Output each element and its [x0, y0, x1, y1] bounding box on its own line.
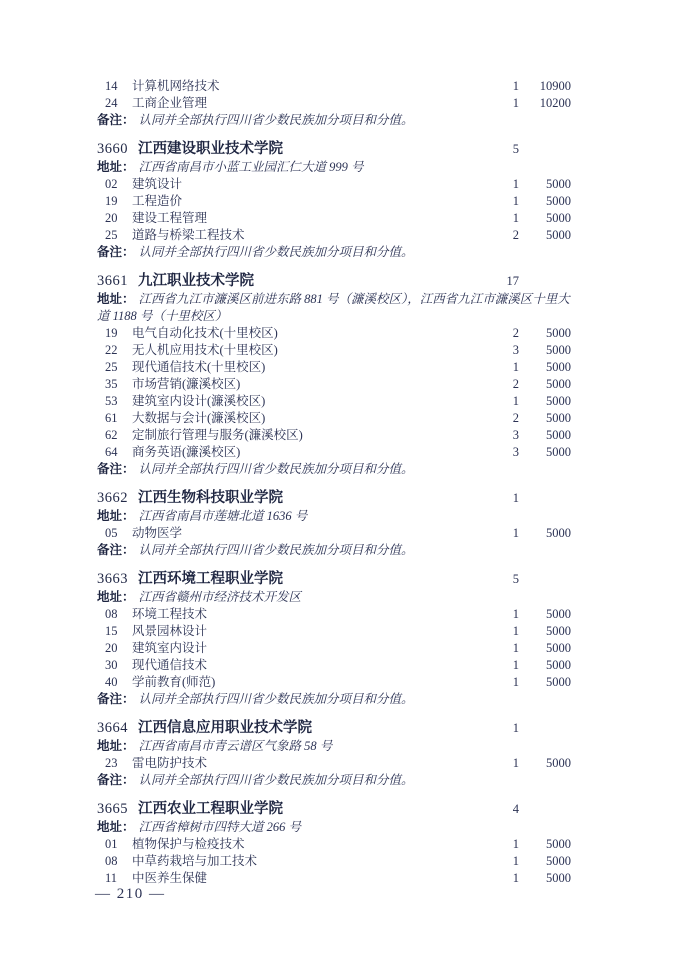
major-code: 22 [105, 342, 123, 359]
address-text: 江西省南昌市青云谱区气象路 58 号 [139, 739, 333, 753]
college-name: 九江职业技术学院 [138, 272, 489, 291]
major-name: 现代通信技术(十里校区) [123, 359, 489, 376]
college-list: 3660 江西建设职业技术学院 5 地址：江西省南昌市小蓝工业园汇仁大道 999… [97, 140, 571, 887]
major-code: 23 [105, 755, 123, 772]
note-text: 认同并全部执行四川省少数民族加分项目和分值。 [139, 113, 414, 127]
major-row: 25 道路与桥梁工程技术 2 5000 [97, 227, 571, 244]
note-label: 备注： [97, 462, 135, 476]
major-row: 30 现代通信技术 1 5000 [97, 657, 571, 674]
college-code: 3665 [97, 800, 128, 819]
address-label: 地址： [97, 820, 135, 834]
major-name: 电气自动化技术(十里校区) [123, 325, 489, 342]
major-fee: 10900 [519, 78, 571, 95]
major-row: 20 建筑室内设计 1 5000 [97, 640, 571, 657]
major-fee: 5000 [519, 870, 571, 887]
major-name: 工程造价 [123, 193, 489, 210]
major-fee: 5000 [519, 325, 571, 342]
major-code: 30 [105, 657, 123, 674]
major-fee: 5000 [519, 176, 571, 193]
major-code: 02 [105, 176, 123, 193]
major-rows: 01 植物保护与检疫技术 1 5000 08 中草药栽培与加工技术 1 5000… [97, 836, 571, 887]
address-text: 江西省九江市濂溪区前进东路 881 号（濂溪校区），江西省九江市濂溪区十里大道 … [97, 292, 570, 323]
major-fee: 5000 [519, 342, 571, 359]
college-name: 江西环境工程职业学院 [138, 570, 489, 589]
major-count: 3 [489, 427, 519, 444]
note-label: 备注： [97, 245, 135, 259]
major-row: 15 风景园林设计 1 5000 [97, 623, 571, 640]
major-code: 20 [105, 210, 123, 227]
college-note: 备注：认同并全部执行四川省少数民族加分项目和分值。 [97, 691, 571, 708]
page-content: 14 计算机网络技术 1 10900 24 工商企业管理 1 10200 备注：… [97, 78, 571, 887]
major-row: 19 电气自动化技术(十里校区) 2 5000 [97, 325, 571, 342]
major-code: 05 [105, 525, 123, 542]
college-section: 3663 江西环境工程职业学院 5 地址：江西省赣州市经济技术开发区 08 环境… [97, 570, 571, 708]
college-name: 江西生物科技职业学院 [138, 489, 489, 508]
major-code: 08 [105, 606, 123, 623]
college-header: 3665 江西农业工程职业学院 4 [97, 800, 571, 819]
major-rows: 08 环境工程技术 1 5000 15 风景园林设计 1 5000 20 建筑室… [97, 606, 571, 691]
note-text: 认同并全部执行四川省少数民族加分项目和分值。 [139, 773, 414, 787]
college-address: 地址：江西省赣州市经济技术开发区 [97, 589, 571, 606]
college-code: 3663 [97, 570, 128, 589]
college-section: 3661 九江职业技术学院 17 地址：江西省九江市濂溪区前进东路 881 号（… [97, 272, 571, 478]
major-count: 1 [489, 193, 519, 210]
college-note: 备注：认同并全部执行四川省少数民族加分项目和分值。 [97, 542, 571, 559]
major-name: 大数据与会计(濂溪校区) [123, 410, 489, 427]
note-text: 认同并全部执行四川省少数民族加分项目和分值。 [139, 543, 414, 557]
major-name: 建筑室内设计 [123, 640, 489, 657]
major-name: 市场营销(濂溪校区) [123, 376, 489, 393]
major-row: 20 建设工程管理 1 5000 [97, 210, 571, 227]
college-header: 3661 九江职业技术学院 17 [97, 272, 571, 291]
major-row: 62 定制旅行管理与服务(濂溪校区) 3 5000 [97, 427, 571, 444]
major-code: 15 [105, 623, 123, 640]
college-name: 江西信息应用职业技术学院 [138, 719, 489, 738]
college-total: 17 [489, 272, 519, 291]
major-fee: 5000 [519, 227, 571, 244]
note-text: 认同并全部执行四川省少数民族加分项目和分值。 [139, 692, 414, 706]
major-name: 建筑设计 [123, 176, 489, 193]
college-note: 备注：认同并全部执行四川省少数民族加分项目和分值。 [97, 772, 571, 789]
college-total: 1 [489, 489, 519, 508]
major-fee: 5000 [519, 674, 571, 691]
major-count: 1 [489, 755, 519, 772]
major-row: 61 大数据与会计(濂溪校区) 2 5000 [97, 410, 571, 427]
major-fee: 5000 [519, 623, 571, 640]
major-row: 22 无人机应用技术(十里校区) 3 5000 [97, 342, 571, 359]
college-address: 地址：江西省南昌市小蓝工业园汇仁大道 999 号 [97, 159, 571, 176]
major-fee: 5000 [519, 525, 571, 542]
major-count: 2 [489, 227, 519, 244]
major-name: 植物保护与检疫技术 [123, 836, 489, 853]
college-section: 3660 江西建设职业技术学院 5 地址：江西省南昌市小蓝工业园汇仁大道 999… [97, 140, 571, 261]
major-name: 风景园林设计 [123, 623, 489, 640]
major-code: 19 [105, 193, 123, 210]
major-name: 中草药栽培与加工技术 [123, 853, 489, 870]
major-code: 14 [105, 78, 123, 95]
college-code: 3660 [97, 140, 128, 159]
college-address: 地址：江西省九江市濂溪区前进东路 881 号（濂溪校区），江西省九江市濂溪区十里… [97, 291, 571, 325]
major-count: 1 [489, 836, 519, 853]
major-rows: 05 动物医学 1 5000 [97, 525, 571, 542]
major-row: 25 现代通信技术(十里校区) 1 5000 [97, 359, 571, 376]
major-fee: 5000 [519, 410, 571, 427]
major-name: 学前教育(师范) [123, 674, 489, 691]
major-count: 1 [489, 674, 519, 691]
major-row: 11 中医养生保健 1 5000 [97, 870, 571, 887]
major-name: 建设工程管理 [123, 210, 489, 227]
major-count: 1 [489, 606, 519, 623]
college-address: 地址：江西省南昌市莲塘北道 1636 号 [97, 508, 571, 525]
college-header: 3660 江西建设职业技术学院 5 [97, 140, 571, 159]
major-row: 02 建筑设计 1 5000 [97, 176, 571, 193]
major-fee: 5000 [519, 640, 571, 657]
major-code: 01 [105, 836, 123, 853]
major-name: 计算机网络技术 [123, 78, 489, 95]
major-name: 定制旅行管理与服务(濂溪校区) [123, 427, 489, 444]
major-count: 1 [489, 657, 519, 674]
major-row: 40 学前教育(师范) 1 5000 [97, 674, 571, 691]
major-count: 1 [489, 640, 519, 657]
note-label: 备注： [97, 773, 135, 787]
college-name: 江西建设职业技术学院 [138, 140, 489, 159]
major-fee: 5000 [519, 210, 571, 227]
major-code: 08 [105, 853, 123, 870]
major-fee: 5000 [519, 606, 571, 623]
major-code: 62 [105, 427, 123, 444]
college-total: 5 [489, 140, 519, 159]
continuation-rows: 14 计算机网络技术 1 10900 24 工商企业管理 1 10200 [97, 78, 571, 112]
major-name: 中医养生保健 [123, 870, 489, 887]
address-label: 地址： [97, 739, 135, 753]
college-total: 4 [489, 800, 519, 819]
college-section: 3665 江西农业工程职业学院 4 地址：江西省樟树市四特大道 266 号 01… [97, 800, 571, 887]
note-label: 备注： [97, 692, 135, 706]
major-count: 1 [489, 210, 519, 227]
major-fee: 5000 [519, 657, 571, 674]
major-fee: 10200 [519, 95, 571, 112]
page-number: — 210 — [95, 886, 166, 903]
major-name: 无人机应用技术(十里校区) [123, 342, 489, 359]
major-row: 23 雷电防护技术 1 5000 [97, 755, 571, 772]
major-count: 1 [489, 359, 519, 376]
major-fee: 5000 [519, 193, 571, 210]
college-total: 5 [489, 570, 519, 589]
major-row: 35 市场营销(濂溪校区) 2 5000 [97, 376, 571, 393]
major-code: 53 [105, 393, 123, 410]
note-label: 备注： [97, 113, 135, 127]
college-code: 3664 [97, 719, 128, 738]
major-code: 20 [105, 640, 123, 657]
major-rows: 23 雷电防护技术 1 5000 [97, 755, 571, 772]
major-row: 01 植物保护与检疫技术 1 5000 [97, 836, 571, 853]
college-total: 1 [489, 719, 519, 738]
major-count: 1 [489, 176, 519, 193]
college-note: 备注：认同并全部执行四川省少数民族加分项目和分值。 [97, 461, 571, 478]
note-label: 备注： [97, 543, 135, 557]
note-text: 认同并全部执行四川省少数民族加分项目和分值。 [139, 462, 414, 476]
college-address: 地址：江西省南昌市青云谱区气象路 58 号 [97, 738, 571, 755]
major-fee: 5000 [519, 427, 571, 444]
major-name: 工商企业管理 [123, 95, 489, 112]
major-row: 19 工程造价 1 5000 [97, 193, 571, 210]
address-text: 江西省樟树市四特大道 266 号 [139, 820, 302, 834]
major-count: 1 [489, 853, 519, 870]
major-count: 2 [489, 410, 519, 427]
major-fee: 5000 [519, 853, 571, 870]
college-address: 地址：江西省樟树市四特大道 266 号 [97, 819, 571, 836]
college-note: 备注：认同并全部执行四川省少数民族加分项目和分值。 [97, 244, 571, 261]
major-code: 24 [105, 95, 123, 112]
major-row: 05 动物医学 1 5000 [97, 525, 571, 542]
major-name: 动物医学 [123, 525, 489, 542]
college-code: 3662 [97, 489, 128, 508]
major-rows: 19 电气自动化技术(十里校区) 2 5000 22 无人机应用技术(十里校区)… [97, 325, 571, 461]
major-count: 3 [489, 444, 519, 461]
major-name: 现代通信技术 [123, 657, 489, 674]
continuation-note: 备注：认同并全部执行四川省少数民族加分项目和分值。 [97, 112, 571, 129]
major-code: 61 [105, 410, 123, 427]
major-count: 3 [489, 342, 519, 359]
major-fee: 5000 [519, 836, 571, 853]
major-name: 商务英语(濂溪校区) [123, 444, 489, 461]
college-code: 3661 [97, 272, 128, 291]
major-row: 64 商务英语(濂溪校区) 3 5000 [97, 444, 571, 461]
major-code: 11 [105, 870, 123, 887]
major-code: 19 [105, 325, 123, 342]
address-label: 地址： [97, 292, 135, 306]
address-label: 地址： [97, 590, 135, 604]
major-name: 环境工程技术 [123, 606, 489, 623]
college-header: 3663 江西环境工程职业学院 5 [97, 570, 571, 589]
major-code: 64 [105, 444, 123, 461]
college-header: 3662 江西生物科技职业学院 1 [97, 489, 571, 508]
address-text: 江西省南昌市小蓝工业园汇仁大道 999 号 [139, 160, 364, 174]
major-fee: 5000 [519, 376, 571, 393]
major-count: 1 [489, 95, 519, 112]
major-count: 1 [489, 78, 519, 95]
major-count: 1 [489, 525, 519, 542]
address-label: 地址： [97, 509, 135, 523]
major-row: 08 环境工程技术 1 5000 [97, 606, 571, 623]
major-rows: 02 建筑设计 1 5000 19 工程造价 1 5000 20 建设工程管理 … [97, 176, 571, 244]
major-count: 2 [489, 376, 519, 393]
major-fee: 5000 [519, 393, 571, 410]
college-section: 3664 江西信息应用职业技术学院 1 地址：江西省南昌市青云谱区气象路 58 … [97, 719, 571, 789]
college-name: 江西农业工程职业学院 [138, 800, 489, 819]
major-code: 35 [105, 376, 123, 393]
address-text: 江西省南昌市莲塘北道 1636 号 [139, 509, 308, 523]
major-fee: 5000 [519, 359, 571, 376]
major-row: 24 工商企业管理 1 10200 [97, 95, 571, 112]
major-fee: 5000 [519, 755, 571, 772]
major-row: 53 建筑室内设计(濂溪校区) 1 5000 [97, 393, 571, 410]
major-fee: 5000 [519, 444, 571, 461]
major-row: 14 计算机网络技术 1 10900 [97, 78, 571, 95]
college-section: 3662 江西生物科技职业学院 1 地址：江西省南昌市莲塘北道 1636 号 0… [97, 489, 571, 559]
note-text: 认同并全部执行四川省少数民族加分项目和分值。 [139, 245, 414, 259]
major-code: 40 [105, 674, 123, 691]
major-count: 1 [489, 623, 519, 640]
major-name: 道路与桥梁工程技术 [123, 227, 489, 244]
major-name: 建筑室内设计(濂溪校区) [123, 393, 489, 410]
major-code: 25 [105, 227, 123, 244]
major-count: 1 [489, 393, 519, 410]
continuation-section: 14 计算机网络技术 1 10900 24 工商企业管理 1 10200 备注：… [97, 78, 571, 129]
major-count: 2 [489, 325, 519, 342]
major-count: 1 [489, 870, 519, 887]
document-page: { "page": { "footer": "— 210 —" }, "addr… [0, 0, 680, 961]
address-text: 江西省赣州市经济技术开发区 [139, 590, 302, 604]
major-code: 25 [105, 359, 123, 376]
major-row: 08 中草药栽培与加工技术 1 5000 [97, 853, 571, 870]
major-name: 雷电防护技术 [123, 755, 489, 772]
address-label: 地址： [97, 160, 135, 174]
college-header: 3664 江西信息应用职业技术学院 1 [97, 719, 571, 738]
